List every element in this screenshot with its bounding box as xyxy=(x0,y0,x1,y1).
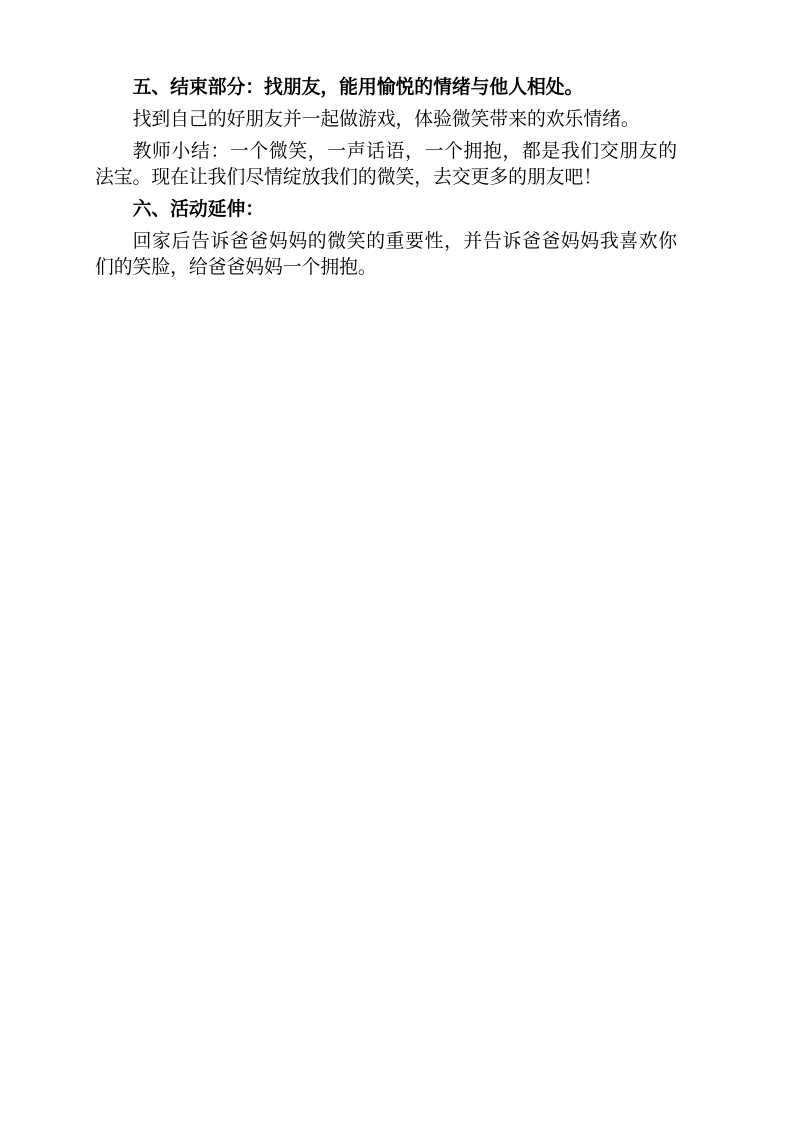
section-5-heading: 五、结束部分：找朋友，能用愉悦的情绪与他人相处。 xyxy=(95,75,677,101)
section-5-paragraph: 找到自己的好朋友并一起做游戏，体验微笑带来的欢乐情绪。 xyxy=(95,107,677,133)
activity-extension-paragraph: 回家后告诉爸爸妈妈的微笑的重要性，并告诉爸爸妈妈我喜欢你们的笑脸，给爸爸妈妈一个… xyxy=(95,229,677,281)
teacher-summary-paragraph: 教师小结：一个微笑，一声话语，一个拥抱，都是我们交朋友的法宝。现在让我们尽情绽放… xyxy=(95,139,677,191)
document-page: 五、结束部分：找朋友，能用愉悦的情绪与他人相处。 找到自己的好朋友并一起做游戏，… xyxy=(0,0,794,1123)
section-6-heading: 六、活动延伸： xyxy=(95,197,677,223)
document-text-block: 五、结束部分：找朋友，能用愉悦的情绪与他人相处。 找到自己的好朋友并一起做游戏，… xyxy=(95,75,677,287)
